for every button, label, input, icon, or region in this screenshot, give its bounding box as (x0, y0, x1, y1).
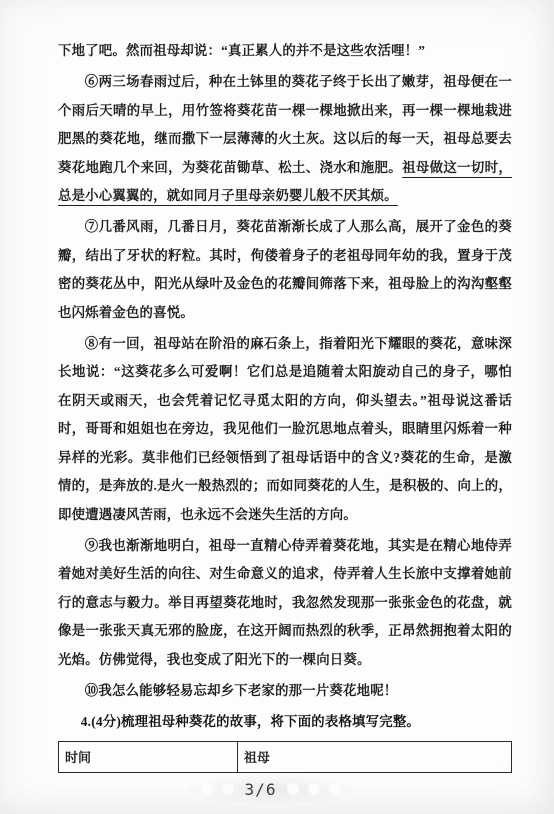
paragraph: ⑦几番风雨，几番日月，葵花苗渐渐长成了人那么高，展开了金色的葵瓣，结出了牙状的籽… (58, 213, 512, 327)
paragraph: ⑨我也渐渐地明白，祖母一直精心侍弄着葵花地，其实是在精心地侍弄着她对美好生活的向… (58, 532, 512, 674)
footer-dot (329, 783, 341, 795)
text-segment: 下地了吧。然而祖母却说：“真正累人的并不是这些农活哩！” (58, 43, 425, 58)
article-body: 下地了吧。然而祖母却说：“真正累人的并不是这些农活哩！”⑥两三场春雨过后，种在土… (58, 37, 512, 705)
footer-dot (308, 783, 320, 795)
paragraph: ⑥两三场春雨过后，种在土钵里的葵花子终于长出了嫩芽，祖母便在一个雨后天晴的早上，… (58, 68, 512, 210)
question-text: 4.(4分)梳理祖母种葵花的故事，将下面的表格填写完整。 (58, 708, 512, 736)
col-header-time: 时间 (59, 741, 238, 772)
paragraph: ⑩我怎么能够轻易忘却乡下老家的那一片葵花地呢！ (58, 677, 512, 705)
summary-table: 时间 祖母 (58, 741, 512, 773)
paragraph: 下地了吧。然而祖母却说：“真正累人的并不是这些农活哩！” (58, 37, 512, 65)
text-segment: ⑧有一回，祖母站在阶沿的麻石条上，指着阳光下耀眼的葵花，意味深长地说：“这葵花多… (58, 336, 512, 521)
text-segment: ⑩我怎么能够轻易忘却乡下老家的那一片葵花地呢！ (85, 683, 398, 698)
footer-dot (201, 783, 213, 795)
table-header-row: 时间 祖母 (59, 741, 512, 772)
paragraph: ⑧有一回，祖母站在阶沿的麻石条上，指着阳光下耀眼的葵花，意味深长地说：“这葵花多… (58, 330, 512, 529)
text-segment: ⑦几番风雨，几番日月，葵花苗渐渐长成了人那么高，展开了金色的葵瓣，结出了牙状的籽… (58, 219, 512, 319)
document-page: 下地了吧。然而祖母却说：“真正累人的并不是这些农活哩！”⑥两三场春雨过后，种在土… (0, 0, 554, 814)
col-header-grandmother: 祖母 (237, 741, 511, 772)
footer-inner: 3/6 (187, 774, 356, 805)
page-footer: 3/6 (0, 770, 554, 808)
text-segment: ⑨我也渐渐地明白，祖母一直精心侍弄着葵花地，其实是在精心地侍弄着她对美好生活的向… (58, 538, 512, 667)
footer-dot (222, 783, 234, 795)
page-number: 3/6 (245, 780, 277, 799)
footer-dot (287, 783, 299, 795)
